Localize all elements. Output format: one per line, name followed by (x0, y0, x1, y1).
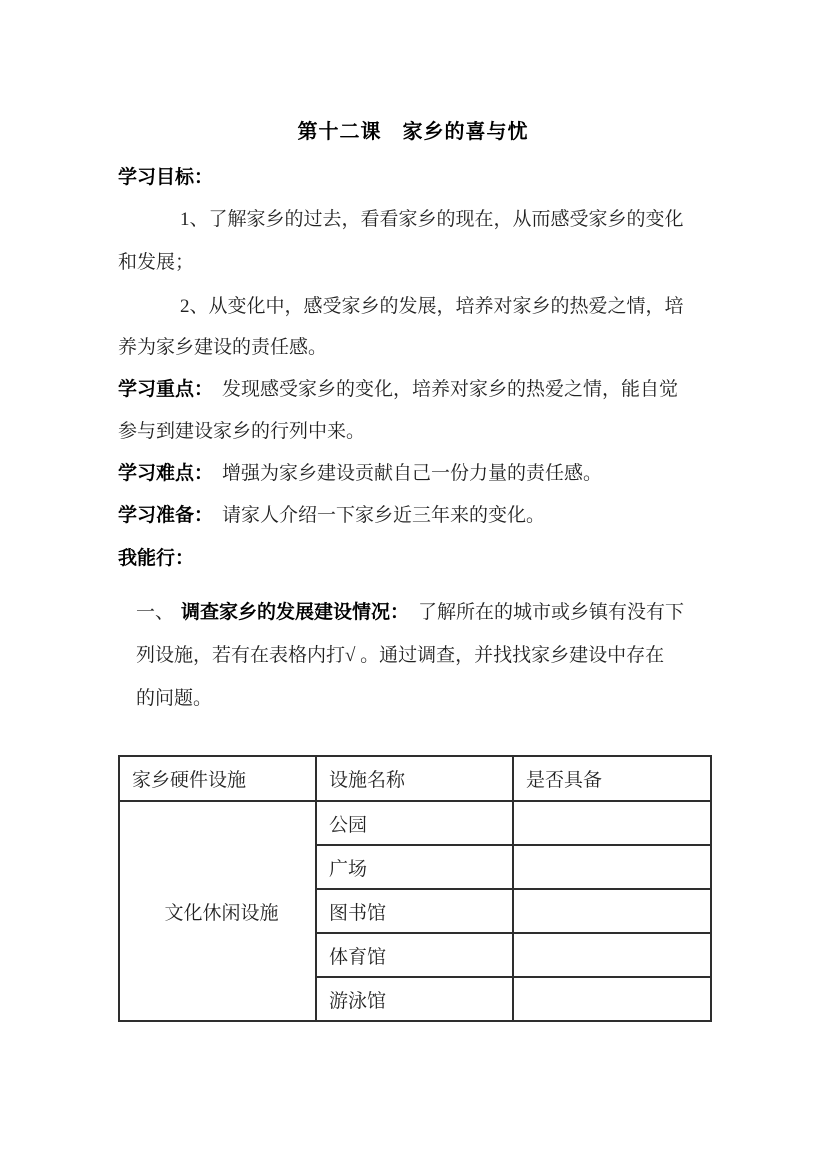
document-page: 第十二课 家乡的喜与忧 学习目标： 1、了解家乡的过去，看看家乡的现在，从而感受… (0, 0, 826, 1169)
availability-cell (513, 845, 711, 889)
availability-cell (513, 801, 711, 845)
study-goal-label: 学习目标： (118, 167, 213, 188)
facility-cell: 广场 (316, 845, 513, 889)
survey-intro-line-1: 一、调查家乡的发展建设情况：了解所在的城市或乡镇有没有下 (136, 601, 684, 624)
survey-heading-label: 调查家乡的发展建设情况： (181, 602, 409, 623)
study-focus-label: 学习重点： (118, 379, 213, 400)
facility-cell: 图书馆 (316, 889, 513, 933)
header-facility-name: 设施名称 (316, 756, 513, 801)
facility-cell: 游泳馆 (316, 977, 513, 1021)
survey-intro-line-3: 的问题。 (136, 687, 212, 710)
study-focus-line-2: 参与到建设家乡的行列中来。 (118, 420, 365, 443)
study-difficulty-text: 增强为家乡建设贡献自己一份力量的责任感。 (222, 463, 602, 484)
study-difficulty-label: 学习难点： (118, 463, 213, 484)
survey-intro-line-2: 列设施，若有在表格内打√ 。通过调查，并找找家乡建设中存在 (136, 644, 664, 667)
goal-item-1-line-2: 和发展； (118, 251, 194, 274)
availability-cell (513, 889, 711, 933)
availability-cell (513, 933, 711, 977)
table-row: 文化休闲设施 公园 (119, 801, 711, 845)
survey-intro-text: 了解所在的城市或乡镇有没有下 (418, 602, 684, 623)
facility-survey-table: 家乡硬件设施 设施名称 是否具备 文化休闲设施 公园 广场 图书馆 体育馆 游泳… (118, 755, 712, 1022)
table-header-row: 家乡硬件设施 设施名称 是否具备 (119, 756, 711, 801)
study-difficulty-line: 学习难点：增强为家乡建设贡献自己一份力量的责任感。 (118, 462, 602, 485)
goal-item-1-line-1: 1、了解家乡的过去，看看家乡的现在，从而感受家乡的变化 (180, 208, 684, 231)
facility-cell: 体育馆 (316, 933, 513, 977)
category-cell: 文化休闲设施 (119, 801, 316, 1021)
header-availability: 是否具备 (513, 756, 711, 801)
i-can-do-label: 我能行： (118, 548, 194, 569)
goal-item-2-line-1: 2、从变化中，感受家乡的发展，培养对家乡的热爱之情，培 (180, 295, 684, 318)
availability-cell (513, 977, 711, 1021)
facility-cell: 公园 (316, 801, 513, 845)
study-prep-text: 请家人介绍一下家乡近三年来的变化。 (222, 505, 545, 526)
study-prep-label: 学习准备： (118, 505, 213, 526)
study-prep-line: 学习准备：请家人介绍一下家乡近三年来的变化。 (118, 504, 545, 527)
study-focus-text: 发现感受家乡的变化，培养对家乡的热爱之情，能自觉 (222, 379, 678, 400)
i-can-do-heading: 我能行： (118, 547, 194, 570)
header-hardware-facilities: 家乡硬件设施 (119, 756, 316, 801)
goal-item-2-line-2: 养为家乡建设的责任感。 (118, 336, 327, 359)
study-goal-heading: 学习目标： (118, 166, 213, 189)
study-focus-line-1: 学习重点：发现感受家乡的变化，培养对家乡的热爱之情，能自觉 (118, 378, 678, 401)
lesson-title: 第十二课 家乡的喜与忧 (0, 120, 826, 145)
survey-number: 一、 (136, 602, 174, 623)
